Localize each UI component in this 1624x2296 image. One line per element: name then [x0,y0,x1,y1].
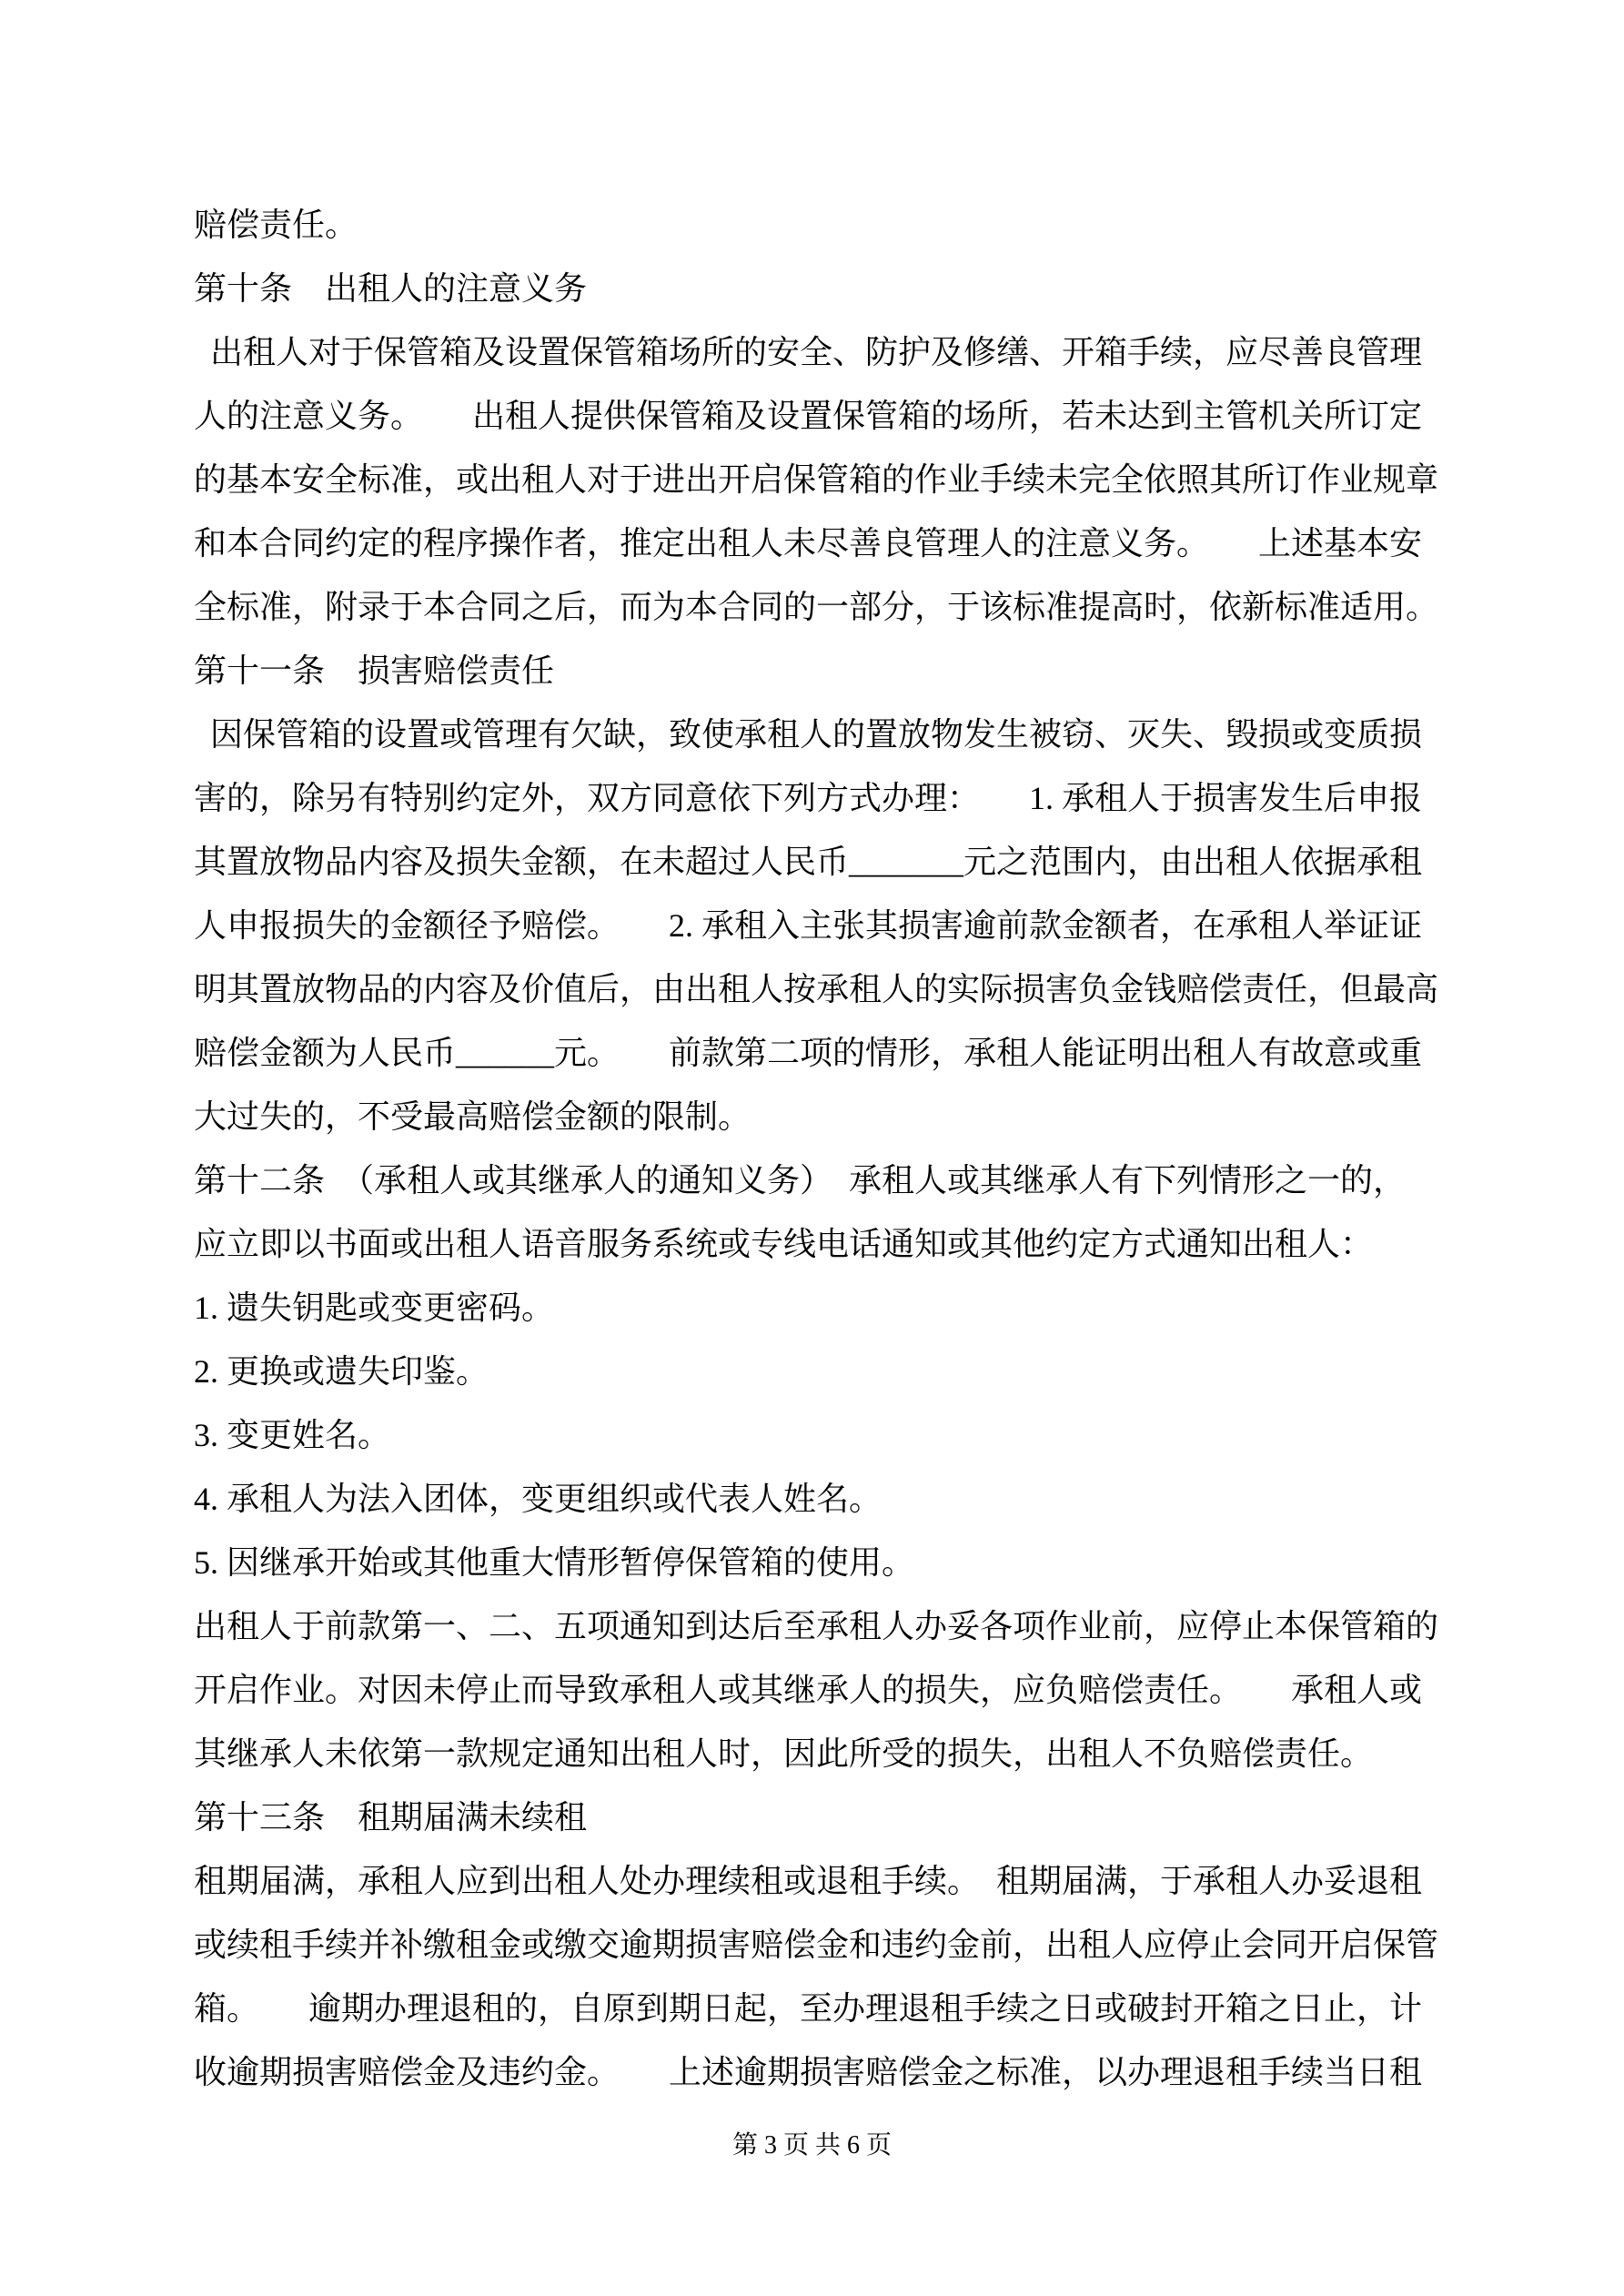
paragraph-line: 人的注意义务。 出租人提供保管箱及设置保管箱的场所，若未达到主管机关所订定 [194,384,1445,448]
list-item-5: 5. 因继承开始或其他重大情形暂停保管箱的使用。 [194,1531,1445,1594]
paragraph-line: 收逾期损害赔偿金及违约金。 上述逾期损害赔偿金之标准，以办理退租手续当日租 [194,2040,1445,2104]
paragraph-line: 其继承人未依第一款规定通知出租人时，因此所受的损失，出租人不负赔偿责任。 [194,1722,1445,1785]
paragraph-line: 箱。 逾期办理退租的，自原到期日起，至办理退租手续之日或破封开箱之日止，计 [194,1977,1445,2040]
paragraph-line: 出租人于前款第一、二、五项通知到达后至承租人办妥各项作业前，应停止本保管箱的 [194,1594,1445,1658]
paragraph-line: 开启作业。对因未停止而导致承租人或其继承人的损失，应负赔偿责任。 承租人或 [194,1658,1445,1722]
paragraph-line: 赔偿责任。 [194,193,1445,257]
paragraph-line: 出租人对于保管箱及设置保管箱场所的安全、防护及修缮、开箱手续，应尽善良管理 [194,320,1445,384]
list-item-2: 2. 更换或遗失印鉴。 [194,1340,1445,1403]
article-13-heading: 第十三条 租期届满未续租 [194,1785,1445,1849]
paragraph-line: 明其置放物品的内容及价值后，由出租人按承租人的实际损害负金钱赔偿责任，但最高 [194,957,1445,1021]
list-item-4: 4. 承租人为法入团体，变更组织或代表人姓名。 [194,1467,1445,1531]
article-11-heading: 第十一条 损害赔偿责任 [194,639,1445,703]
paragraph-line: 或续租手续并补缴租金或缴交逾期损害赔偿金和违约金前，出租人应停止会同开启保管 [194,1913,1445,1977]
paragraph-line-with-blank: 其置放物品内容及损失金额，在未超过人民币_______元之范围内，由出租人依据承… [194,830,1445,894]
list-item-3: 3. 变更姓名。 [194,1403,1445,1467]
paragraph-line: 害的，除另有特别约定外，双方同意依下列方式办理： 1. 承租人于损害发生后申报 [194,766,1445,830]
document-body: 赔偿责任。 第十条 出租人的注意义务 出租人对于保管箱及设置保管箱场所的安全、防… [194,193,1445,2104]
document-page: 赔偿责任。 第十条 出租人的注意义务 出租人对于保管箱及设置保管箱场所的安全、防… [0,0,1624,2296]
article-12-heading: 第十二条 （承租人或其继承人的通知义务） 承租人或其继承人有下列情形之一的， [194,1148,1445,1212]
paragraph-line: 全标准，附录于本合同之后，而为本合同的一部分，于该标准提高时，依新标准适用。 [194,575,1445,639]
paragraph-line: 因保管箱的设置或管理有欠缺，致使承租人的置放物发生被窃、灭失、毁损或变质损 [194,703,1445,766]
paragraph-line: 的基本安全标准，或出租人对于进出开启保管箱的作业手续未完全依照其所订作业规章 [194,448,1445,511]
paragraph-line: 人申报损失的金额径予赔偿。 2. 承租入主张其损害逾前款金额者，在承租人举证证 [194,894,1445,957]
page-number-footer: 第 3 页 共 6 页 [0,2120,1624,2171]
list-item-1: 1. 遗失钥匙或变更密码。 [194,1276,1445,1340]
paragraph-line: 和本合同约定的程序操作者，推定出租人未尽善良管理人的注意义务。 上述基本安 [194,511,1445,575]
article-10-heading: 第十条 出租人的注意义务 [194,257,1445,320]
paragraph-line-with-blank: 赔偿金额为人民币______元。 前款第二项的情形，承租人能证明出租人有故意或重 [194,1021,1445,1085]
paragraph-line: 租期届满，承租人应到出租人处办理续租或退租手续。 租期届满，于承租人办妥退租 [194,1849,1445,1913]
paragraph-line: 应立即以书面或出租人语音服务系统或专线电话通知或其他约定方式通知出租人： [194,1212,1445,1276]
paragraph-line: 大过失的，不受最高赔偿金额的限制。 [194,1085,1445,1148]
